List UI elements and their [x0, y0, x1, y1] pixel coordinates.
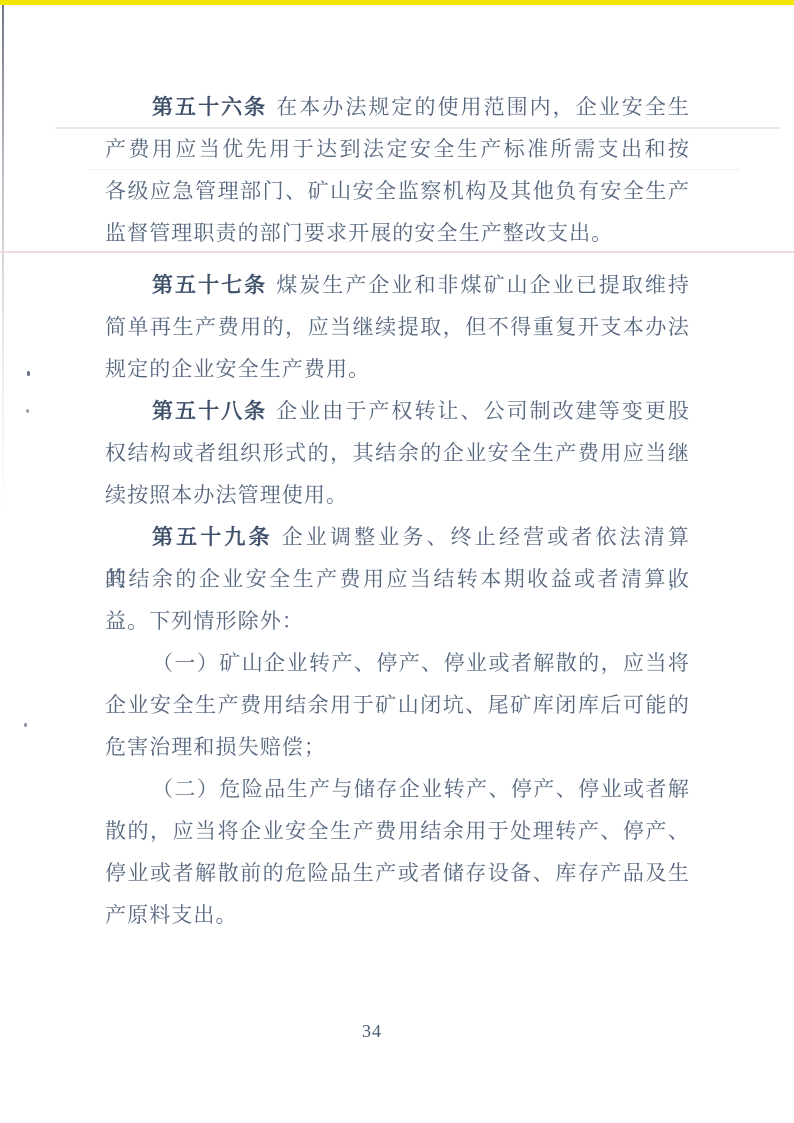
text-line: 权结构或者组织形式的，其结余的企业安全生产费用应当继 — [105, 432, 690, 474]
article-56: 第五十六条在本办法规定的使用范围内，企业安全生产费用应当优先用于达到法定安全生产… — [105, 86, 690, 254]
article-number: 第五十六条 — [152, 95, 267, 119]
text-line: 监督管理职责的部门要求开展的安全生产整改支出。 — [105, 212, 690, 254]
article-number: 第五十七条 — [152, 273, 267, 297]
article-text: 在本办法规定的使用范围内，企业安全生 — [276, 95, 690, 119]
text-line: 各级应急管理部门、矿山安全监察机构及其他负有安全生产 — [105, 170, 690, 212]
text-line: 第五十九条企业调整业务、终止经营或者依法清算的， — [105, 516, 690, 558]
scan-speck — [27, 371, 30, 376]
article-59-item-2: （二）危险品生产与储存企业转产、停产、停业或者解散的，应当将企业安全生产费用结余… — [105, 768, 690, 936]
text-line: 第五十八条企业由于产权转让、公司制改建等变更股 — [105, 390, 690, 432]
text-line: （二）危险品生产与储存企业转产、停产、停业或者解 — [105, 768, 690, 810]
scanned-document-page: 第五十六条在本办法规定的使用范围内，企业安全生产费用应当优先用于达到法定安全生产… — [0, 0, 794, 1123]
scan-speck — [24, 723, 27, 727]
top-edge-scan-band — [0, 0, 794, 5]
article-59: 第五十九条企业调整业务、终止经营或者依法清算的，其结余的企业安全生产费用应当结转… — [105, 516, 690, 642]
text-line: 规定的企业安全生产费用。 — [105, 348, 690, 390]
article-number: 第五十八条 — [152, 399, 267, 423]
scan-speck — [26, 409, 29, 413]
text-line: 散的，应当将企业安全生产费用结余用于处理转产、停产、 — [105, 810, 690, 852]
text-line: 危害治理和损失赔偿； — [105, 726, 690, 768]
text-line: 停业或者解散前的危险品生产或者储存设备、库存产品及生 — [105, 852, 690, 894]
article-57: 第五十七条煤炭生产企业和非煤矿山企业已提取维持简单再生产费用的，应当继续提取，但… — [105, 264, 690, 390]
text-line: 其结余的企业安全生产费用应当结转本期收益或者清算收 — [105, 558, 690, 600]
text-line: 企业安全生产费用结余用于矿山闭坑、尾矿库闭库后可能的 — [105, 684, 690, 726]
article-text: 企业由于产权转让、公司制改建等变更股 — [276, 399, 690, 423]
text-line: 续按照本办法管理使用。 — [105, 474, 690, 516]
article-59-item-1: （一）矿山企业转产、停产、停业或者解散的，应当将企业安全生产费用结余用于矿山闭坑… — [105, 642, 690, 768]
article-58: 第五十八条企业由于产权转让、公司制改建等变更股权结构或者组织形式的，其结余的企业… — [105, 390, 690, 516]
text-line: 简单再生产费用的，应当继续提取，但不得重复开支本办法 — [105, 306, 690, 348]
article-text: 煤炭生产企业和非煤矿山企业已提取维持 — [276, 273, 690, 297]
text-line: 第五十七条煤炭生产企业和非煤矿山企业已提取维持 — [105, 264, 690, 306]
text-line: 第五十六条在本办法规定的使用范围内，企业安全生 — [105, 86, 690, 128]
page-number: 34 — [362, 1021, 382, 1042]
left-edge-scan-line — [2, 5, 4, 515]
text-line: 益。下列情形除外： — [105, 600, 690, 642]
text-line: （一）矿山企业转产、停产、停业或者解散的，应当将 — [105, 642, 690, 684]
document-body: 第五十六条在本办法规定的使用范围内，企业安全生产费用应当优先用于达到法定安全生产… — [105, 86, 690, 936]
text-line: 产费用应当优先用于达到法定安全生产标准所需支出和按 — [105, 128, 690, 170]
text-line: 产原料支出。 — [105, 894, 690, 936]
article-number: 第五十九条 — [152, 525, 273, 549]
